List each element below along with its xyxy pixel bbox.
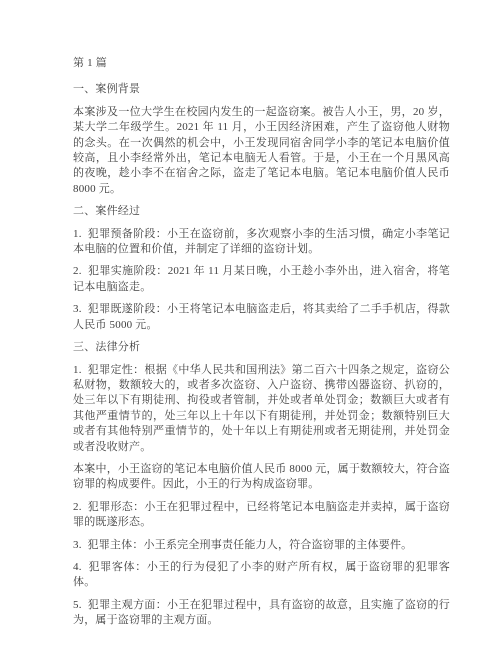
part-title: 第 1 篇 xyxy=(73,56,450,71)
paragraph-crime-subjective-aspect: 5. 犯罪主观方面：小王在犯罪过程中，具有盗窃的故意，且实施了盗窃的行为，属于盗… xyxy=(73,598,450,629)
paragraph-crime-subject: 3. 犯罪主体：小王系完全刑事责任能力人，符合盗窃罪的主体要件。 xyxy=(73,538,450,553)
paragraph-case-background: 本案涉及一位大学生在校园内发生的一起盗窃案。被告人小王，男，20 岁，某大学二年… xyxy=(73,105,450,197)
section-heading-case-background: 一、案例背景 xyxy=(73,82,450,97)
paragraph-case-conclusion: 本案中，小王盗窃的笔记本电脑价值人民币 8000 元，属于数额较大，符合盗窃罪的… xyxy=(73,462,450,493)
section-heading-legal-analysis: 三、法律分析 xyxy=(73,340,450,355)
section-heading-case-process: 二、案件经过 xyxy=(73,204,450,219)
paragraph-crime-object: 4. 犯罪客体：小王的行为侵犯了小李的财产所有权，属于盗窃罪的犯罪客体。 xyxy=(73,560,450,591)
paragraph-crime-form: 2. 犯罪形态：小王在犯罪过程中，已经将笔记本电脑盗走并卖掉，属于盗窃罪的既遂形… xyxy=(73,500,450,531)
paragraph-crime-completion: 3. 犯罪既遂阶段：小王将笔记本电脑盗走后，将其卖给了二手手机店，得款人民币 5… xyxy=(73,302,450,333)
paragraph-crime-implementation: 2. 犯罪实施阶段：2021 年 11 月某日晚，小王趁小李外出，进入宿舍，将笔… xyxy=(73,264,450,295)
paragraph-crime-characterization: 1. 犯罪定性：根据《中华人民共和国刑法》第二百六十四条之规定，盗窃公私财物，数… xyxy=(73,363,450,455)
paragraph-crime-preparation: 1. 犯罪预备阶段：小王在盗窃前，多次观察小李的生活习惯，确定小李笔记本电脑的位… xyxy=(73,227,450,258)
document-page: 第 1 篇 一、案例背景 本案涉及一位大学生在校园内发生的一起盗窃案。被告人小王… xyxy=(0,0,502,649)
